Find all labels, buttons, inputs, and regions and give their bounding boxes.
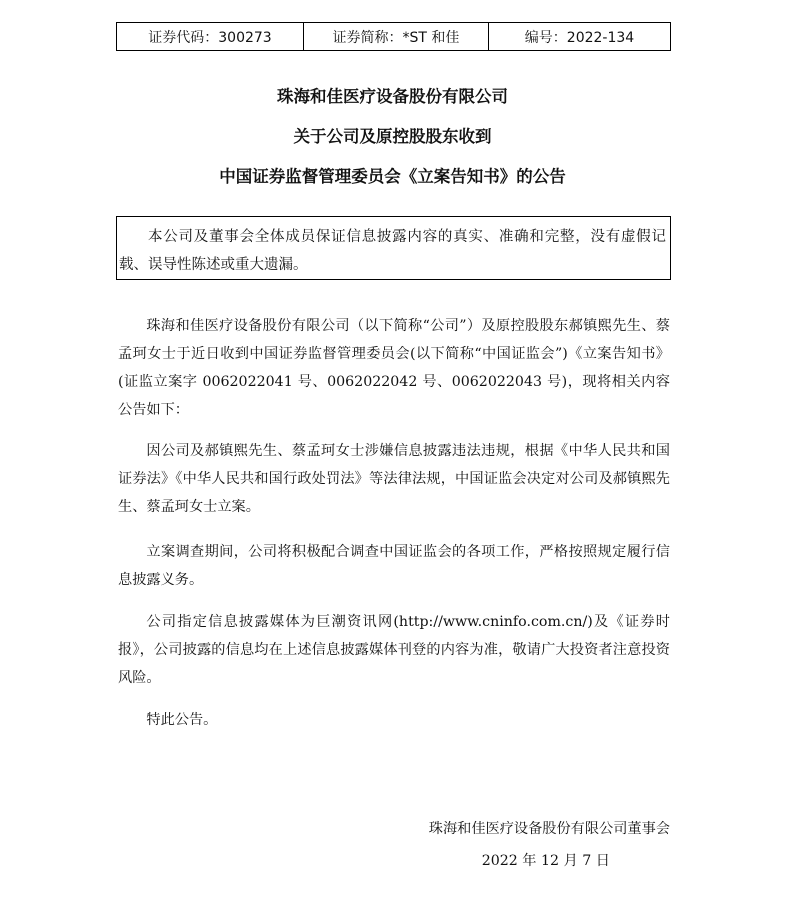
signature-board: 珠海和佳医疗设备股份有限公司董事会	[429, 818, 670, 838]
stock-name-cell: 证券简称：*ST 和佳	[303, 23, 488, 50]
closing-paragraph: 特此公告。	[118, 706, 670, 734]
header-info-table: 证券代码：300273 证券简称：*ST 和佳 编号：2022-134	[116, 22, 671, 51]
body-paragraph: 公司指定信息披露媒体为巨潮资讯网(http://www.cninfo.com.c…	[118, 608, 670, 692]
signature-date: 2022 年 12 月 7 日	[482, 850, 610, 870]
announcement-title-line3: 中国证券监督管理委员会《立案告知书》的公告	[0, 163, 785, 187]
disclaimer-box: 本公司及董事会全体成员保证信息披露内容的真实、准确和完整，没有虚假记载、误导性陈…	[116, 216, 671, 280]
body-paragraph: 因公司及郝镇熙先生、蔡孟珂女士涉嫌信息披露违法违规，根据《中华人民共和国证券法》…	[118, 437, 670, 521]
company-title: 珠海和佳医疗设备股份有限公司	[0, 83, 785, 107]
body-paragraph: 立案调查期间，公司将积极配合调查中国证监会的各项工作，严格按照规定履行信息披露义…	[118, 538, 670, 594]
announcement-number-cell: 编号：2022-134	[488, 23, 670, 50]
body-paragraph: 珠海和佳医疗设备股份有限公司（以下简称“公司”）及原控股股东郝镇熙先生、蔡孟珂女…	[118, 312, 670, 424]
announcement-title-line2: 关于公司及原控股股东收到	[0, 123, 785, 147]
stock-code-cell: 证券代码：300273	[117, 23, 303, 50]
